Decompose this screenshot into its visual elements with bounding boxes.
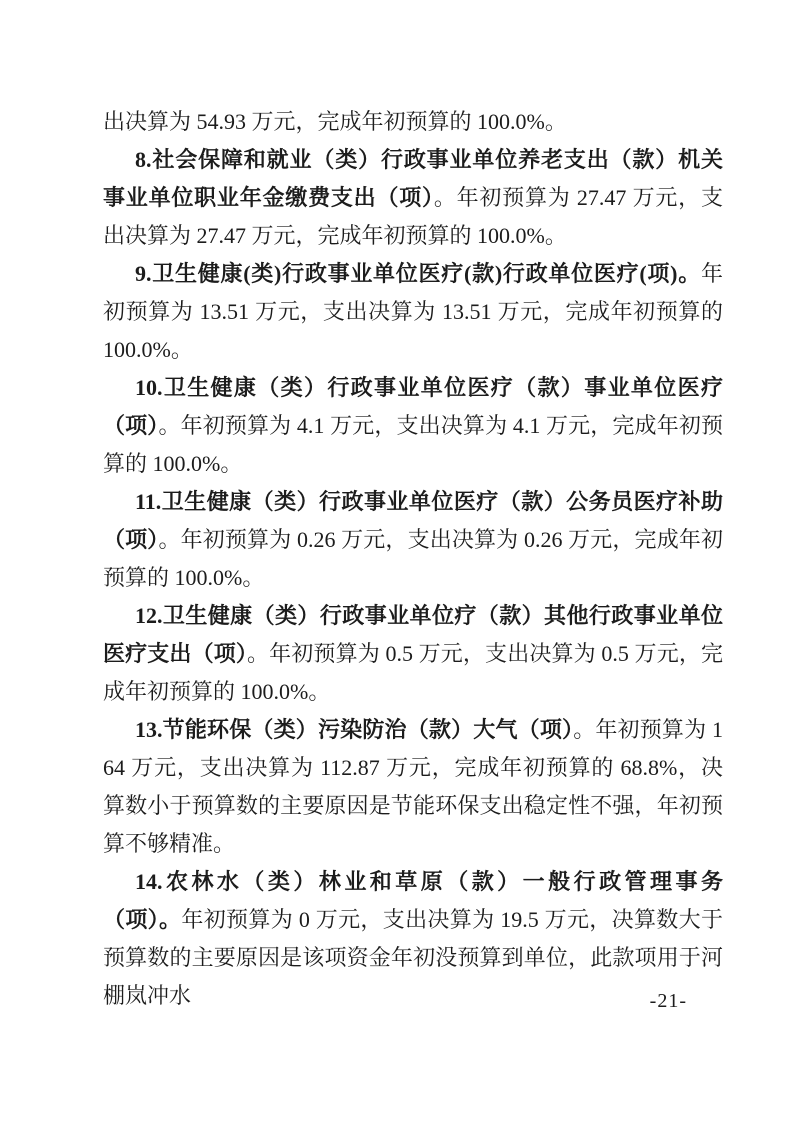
clause-body: 。年初预算为 0.26 万元，支出决算为 0.26 万元，完成年初预算的 100… [103, 527, 723, 590]
paragraph: 8.社会保障和就业（类）行政事业单位养老支出（款）机关事业单位职业年金缴费支出（… [103, 141, 723, 255]
clause-body: 出决算为 54.93 万元，完成年初预算的 100.0%。 [103, 109, 567, 134]
paragraph: 出决算为 54.93 万元，完成年初预算的 100.0%。 [103, 103, 723, 141]
page-number: -21- [650, 989, 687, 1013]
text-block: 出决算为 54.93 万元，完成年初预算的 100.0%。8.社会保障和就业（类… [103, 103, 723, 1015]
clause-body: 。年初预算为 4.1 万元，支出决算为 4.1 万元，完成年初预算的 100.0… [103, 413, 723, 476]
clause-body: 年初预算为 0 万元，支出决算为 19.5 万元，决算数大于预算数的主要原因是该… [103, 907, 723, 1008]
paragraph: 11.卫生健康（类）行政事业单位医疗（款）公务员医疗补助（项）。年初预算为 0.… [103, 483, 723, 597]
paragraph: 10.卫生健康（类）行政事业单位医疗（款）事业单位医疗（项）。年初预算为 4.1… [103, 369, 723, 483]
clause-heading: 9.卫生健康(类)行政事业单位医疗(款)行政单位医疗(项)。 [135, 261, 701, 286]
paragraph: 13.节能环保（类）污染防治（款）大气（项）。年初预算为 164 万元，支出决算… [103, 711, 723, 863]
paragraph: 14.农林水（类）林业和草原（款）一般行政管理事务（项）。年初预算为 0 万元，… [103, 863, 723, 1015]
paragraph: 9.卫生健康(类)行政事业单位医疗(款)行政单位医疗(项)。年初预算为 13.5… [103, 255, 723, 369]
clause-heading: 13.节能环保（类）污染防治（款）大气（项） [135, 717, 573, 742]
document-page: 出决算为 54.93 万元，完成年初预算的 100.0%。8.社会保障和就业（类… [0, 0, 793, 1122]
paragraph: 12.卫生健康（类）行政事业单位疗（款）其他行政事业单位医疗支出（项）。年初预算… [103, 597, 723, 711]
